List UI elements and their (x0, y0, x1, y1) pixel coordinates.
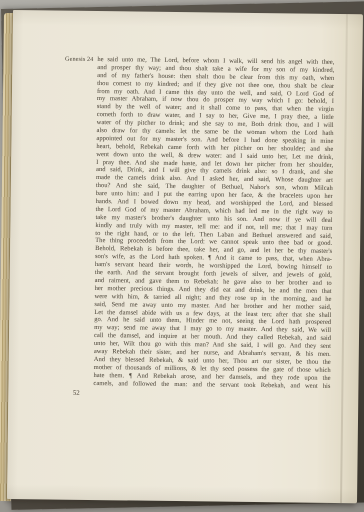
page-number: 52 (64, 389, 88, 397)
text-block: he said unto me, The Lord, before whom I… (93, 56, 334, 390)
fore-edge-crease (340, 14, 348, 503)
chapter-margin-note: Genesis 24 (18, 55, 93, 64)
book-page: Genesis 24 he said unto me, The Lord, be… (7, 10, 363, 503)
book-photo: Genesis 24 he said unto me, The Lord, be… (0, 0, 364, 512)
